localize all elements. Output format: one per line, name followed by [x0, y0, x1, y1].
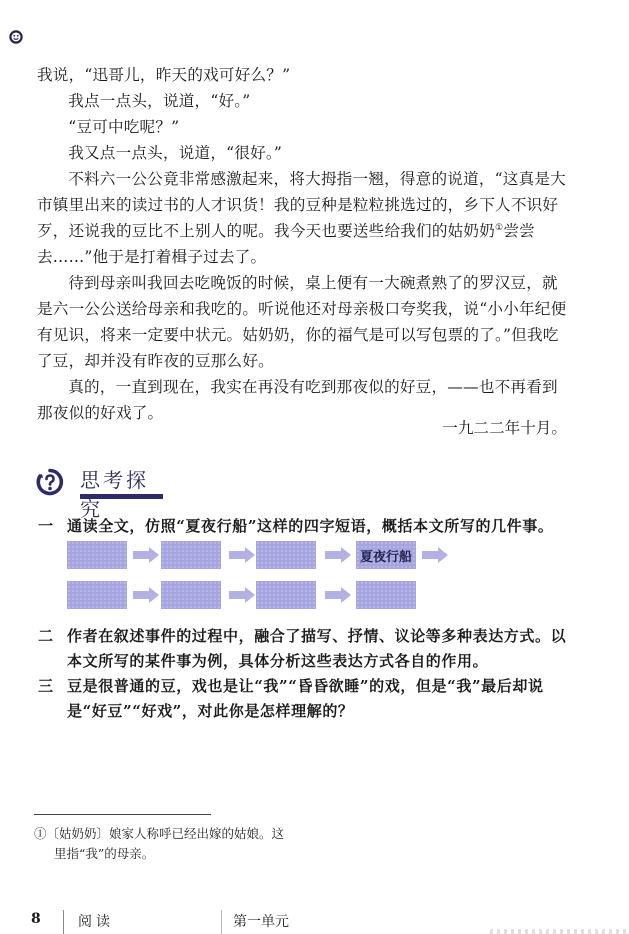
page-footer: 8 阅读 第一单元: [0, 900, 629, 934]
story-paragraph: 不料六一公公竟非常感激起来，将大拇指一翘，得意的说道，“这真是大市镇里出来的读过…: [37, 166, 570, 270]
page-number: 8: [31, 911, 41, 927]
flow-box[interactable]: [67, 541, 127, 569]
footer-section-label: 阅读: [78, 911, 114, 931]
arrow-right-icon: [229, 587, 255, 603]
textbook-page: 我说，“迅哥儿，昨天的戏可好么？” 我点一点头，说道，“好。” “豆可中吃呢？”…: [0, 0, 629, 934]
question-text: 豆是很普通的豆，戏也是让“我”“昏昏欲睡”的戏，但是“我”最后却说是“好豆”“好…: [67, 677, 544, 720]
footer-unit-label: 第一单元: [233, 911, 289, 931]
footnote: ①〔姑奶奶〕娘家人称呼已经出嫁的姑娘。这 里指“我”的母亲。: [34, 824, 304, 864]
date-signature: 一九二二年十月。: [442, 416, 567, 438]
story-paragraph: 我说，“迅哥儿，昨天的戏可好么？”: [37, 62, 570, 88]
arrow-right-icon: [229, 547, 255, 563]
footnote-text: 〔姑奶奶〕娘家人称呼已经出嫁的姑娘。这: [47, 826, 285, 841]
question-item: 三 豆是很普通的豆，戏也是让“我”“昏昏欲睡”的戏，但是“我”最后却说是“好豆”…: [38, 674, 578, 724]
flow-box-example: 夏夜行船: [356, 541, 416, 569]
footnote-divider: [34, 814, 211, 815]
story-paragraph: 我又点一点头，说道，“很好。”: [37, 140, 570, 166]
footer-divider: [221, 910, 222, 934]
arrow-right-icon: [422, 547, 448, 563]
question-number: 三: [38, 674, 53, 699]
flow-box[interactable]: [67, 581, 127, 609]
story-text: 我说，“迅哥儿，昨天的戏可好么？” 我点一点头，说道，“好。” “豆可中吃呢？”…: [37, 62, 570, 426]
question-circle-icon: [36, 468, 64, 496]
section-header: 思考探究: [36, 462, 166, 502]
arrow-right-icon: [133, 547, 159, 563]
section-underline: [80, 494, 163, 499]
question-text: 通读全文，仿照“夏夜行船”这样的四字短语，概括本文所写的几件事。: [67, 517, 553, 535]
question-text: 作者在叙述事件的过程中，融合了描写、抒情、议论等多种表达方式。以本文所写的某件事…: [67, 627, 566, 670]
smiley-face-icon: [9, 30, 23, 44]
flow-box[interactable]: [356, 581, 416, 609]
flow-box[interactable]: [161, 581, 221, 609]
flow-box[interactable]: [256, 541, 316, 569]
questions-2-3: 二 作者在叙述事件的过程中，融合了描写、抒情、议论等多种表达方式。以本文所写的某…: [38, 624, 578, 724]
story-paragraph: 我点一点头，说道，“好。”: [37, 88, 570, 114]
footer-divider: [63, 910, 64, 934]
scan-edge-artifact: [490, 929, 629, 934]
question-item: 一 通读全文，仿照“夏夜行船”这样的四字短语，概括本文所写的几件事。: [38, 514, 578, 539]
footnote-marker: ①: [34, 826, 47, 841]
arrow-right-icon: [325, 587, 351, 603]
paragraph-text: 不料六一公公竟非常感激起来，将大拇指一翘，得意的说道，“这真是大市镇里出来的读过…: [37, 170, 566, 240]
question-item: 二 作者在叙述事件的过程中，融合了描写、抒情、议论等多种表达方式。以本文所写的某…: [38, 624, 578, 674]
story-paragraph: “豆可中吃呢？”: [37, 114, 570, 140]
question-number: 二: [38, 624, 53, 649]
flow-box[interactable]: [256, 581, 316, 609]
question-number: 一: [38, 514, 53, 539]
arrow-right-icon: [133, 587, 159, 603]
flow-box[interactable]: [161, 541, 221, 569]
story-paragraph: 待到母亲叫我回去吃晚饭的时候，桌上便有一大碗煮熟了的罗汉豆，就是六一公公送给母亲…: [37, 270, 570, 374]
arrow-right-icon: [325, 547, 351, 563]
footnote-line: 里指“我”的母亲。: [34, 844, 304, 864]
footnote-line: ①〔姑奶奶〕娘家人称呼已经出嫁的姑娘。这: [34, 824, 304, 844]
question-1: 一 通读全文，仿照“夏夜行船”这样的四字短语，概括本文所写的几件事。: [38, 514, 578, 539]
